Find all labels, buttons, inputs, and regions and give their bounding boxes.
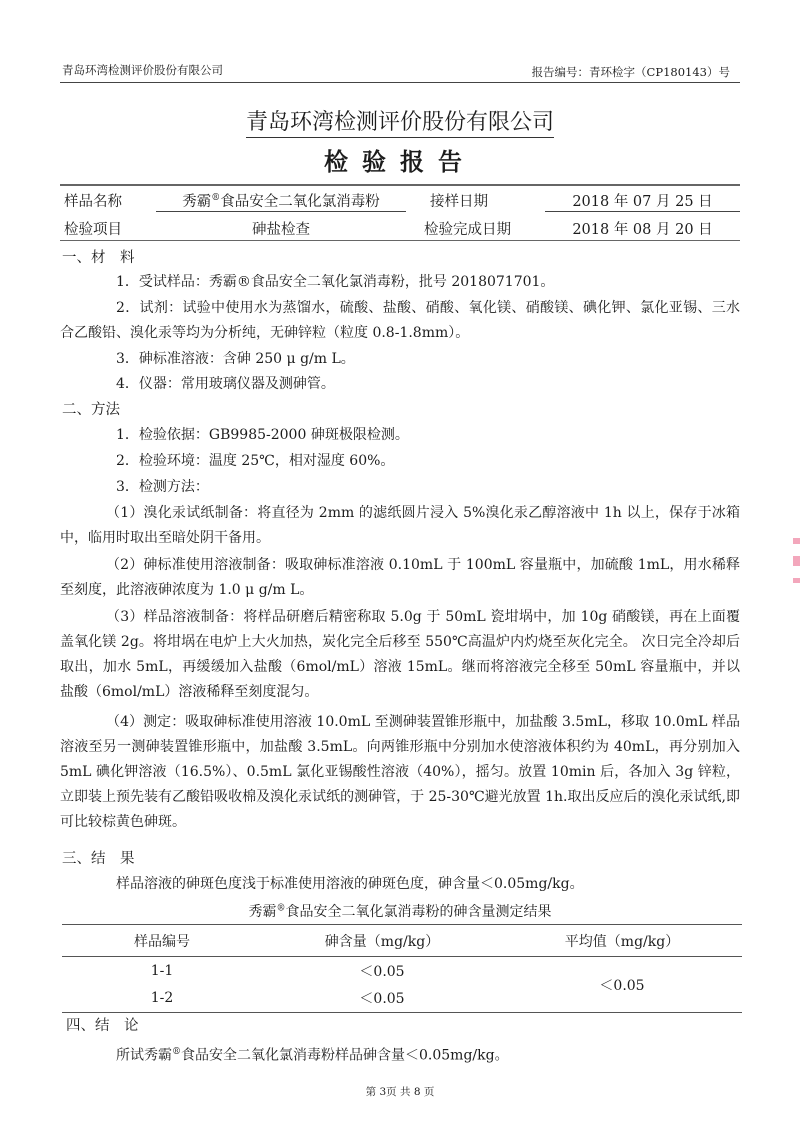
col-header-arsenic: 砷含量（mg/kg） <box>262 925 502 957</box>
seal-fragment <box>793 556 800 566</box>
header-divider <box>60 82 740 83</box>
test-item-label: 检验项目 <box>64 218 122 239</box>
methods-item-2: 2．检验环境：温度 25℃，相对湿度 60%。 <box>60 449 740 474</box>
results-text: 样品溶液的砷斑色度浅于标准使用溶液的砷斑色度，砷含量＜0.05mg/kg。 <box>60 872 740 897</box>
method-step-4: （4）测定：吸取砷标准使用溶液 10.0mL 至测砷装置锥形瓶中，加盐酸 3.5… <box>60 710 740 835</box>
materials-item-4: 4．仪器：常用玻璃仪器及测砷管。 <box>60 372 740 397</box>
receive-date-value: 2018 年 07 月 25 日 <box>545 190 740 212</box>
sample-name-label: 样品名称 <box>64 190 122 211</box>
cell-sample-id: 1-1 <box>62 957 262 985</box>
cell-average: ＜0.05 <box>502 957 742 1013</box>
sample-name-value: 秀霸®食品安全二氧化氯消毒粉 <box>156 190 406 212</box>
complete-date-value: 2018 年 08 月 20 日 <box>545 218 740 239</box>
test-item-value: 砷盐检查 <box>156 218 406 239</box>
company-title: 青岛环湾检测评价股份有限公司 <box>0 105 800 136</box>
report-title: 检验报告 <box>0 142 800 177</box>
section-results-heading: 三、结 果 <box>62 847 135 868</box>
materials-item-3: 3．砷标准溶液：含砷 250 μ g/m L。 <box>60 347 740 372</box>
header-company-name: 青岛环湾检测评价股份有限公司 <box>62 62 223 78</box>
col-header-sample-id: 样品编号 <box>62 925 262 957</box>
info-row-test: 检验项目 砷盐检查 检验完成日期 2018 年 08 月 20 日 <box>0 218 800 240</box>
section-materials-heading: 一、材 料 <box>62 246 135 267</box>
section-methods-heading: 二、方法 <box>62 398 120 419</box>
results-table-caption: 秀霸®食品安全二氧化氯消毒粉的砷含量测定结果 <box>0 901 800 921</box>
materials-item-1: 1．受试样品：秀霸®食品安全二氧化氯消毒粉，批号 2018071701。 <box>60 270 740 295</box>
table-row: 1-1 ＜0.05 ＜0.05 <box>62 957 742 985</box>
materials-item-2: 2．试剂：试验中使用水为蒸馏水，硫酸、盐酸、硝酸、氧化镁、硝酸镁、碘化钾、氯化亚… <box>60 296 740 346</box>
cell-sample-id: 1-2 <box>62 985 262 1013</box>
info-bottom-rule <box>60 240 740 241</box>
seal-fragment <box>793 538 800 544</box>
info-top-rule <box>60 184 740 186</box>
seal-fragment <box>793 578 800 583</box>
results-table: 样品编号 砷含量（mg/kg） 平均值（mg/kg） 1-1 ＜0.05 ＜0.… <box>62 924 742 1013</box>
cell-arsenic: ＜0.05 <box>262 985 502 1013</box>
receive-date-label: 接样日期 <box>430 190 488 211</box>
method-step-1: （1）溴化汞试纸制备：将直径为 2mm 的滤纸圆片浸入 5%溴化汞乙醇溶液中 1… <box>60 501 740 551</box>
methods-item-1: 1．检验依据：GB9985-2000 砷斑极限检测。 <box>60 423 740 448</box>
complete-date-label: 检验完成日期 <box>424 218 511 239</box>
method-step-3: （3）样品溶液制备：将样品研磨后精密称取 5.0g 于 50mL 瓷坩埚中，加 … <box>60 605 740 705</box>
section-conclusion-heading: 四、结 论 <box>66 1014 139 1035</box>
conclusion-text: 所试秀霸®食品安全二氧化氯消毒粉样品砷含量＜0.05mg/kg。 <box>60 1040 740 1069</box>
methods-item-3: 3．检测方法： <box>60 475 740 500</box>
method-step-2: （2）砷标准使用溶液制备：吸取砷标准溶液 0.10mL 于 100mL 容量瓶中… <box>60 553 740 603</box>
col-header-average: 平均值（mg/kg） <box>502 925 742 957</box>
page-number: 第 3页 共 8 页 <box>0 1084 800 1099</box>
cell-arsenic: ＜0.05 <box>262 957 502 985</box>
info-row-sample: 样品名称 秀霸®食品安全二氧化氯消毒粉 接样日期 2018 年 07 月 25 … <box>0 190 800 212</box>
report-number: 报告编号：青环检字（CP180143）号 <box>532 64 730 80</box>
